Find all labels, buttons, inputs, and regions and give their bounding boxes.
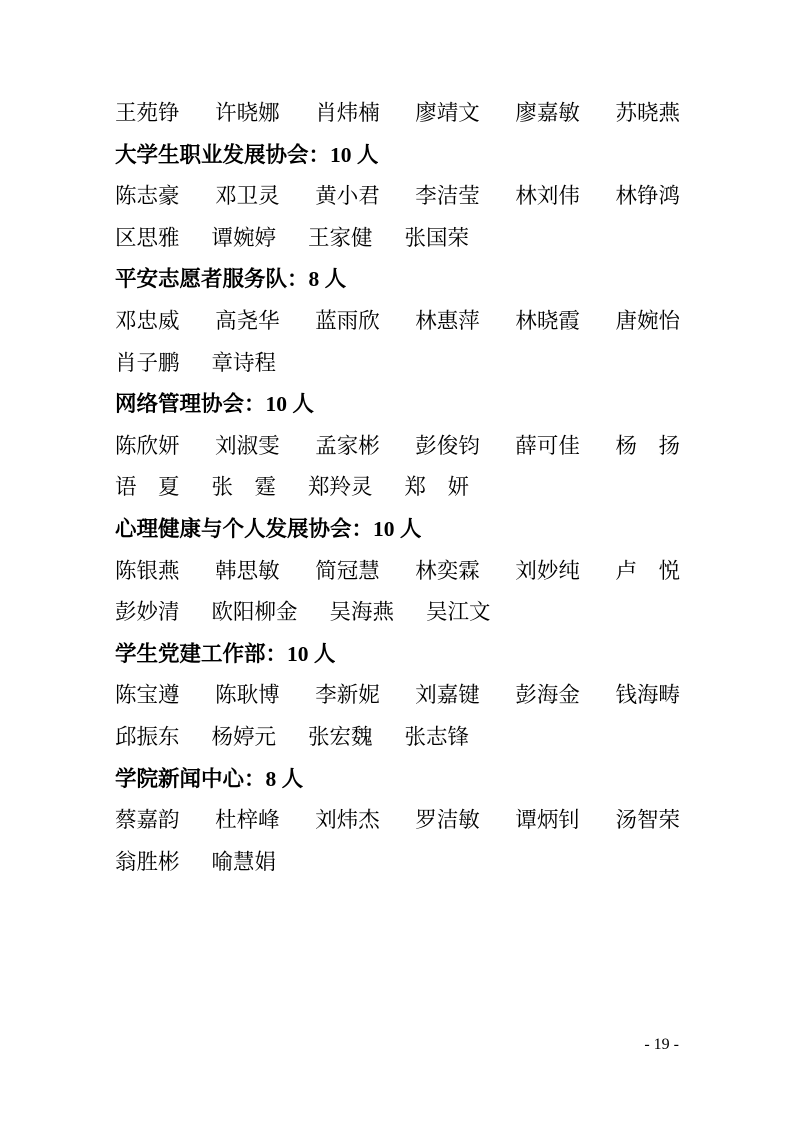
person-name: 语 夏 bbox=[115, 467, 180, 509]
person-name: 张国荣 bbox=[405, 218, 470, 260]
person-name: 廖嘉敏 bbox=[515, 93, 580, 135]
person-name: 李洁莹 bbox=[415, 176, 480, 218]
names-line: 陈银燕韩思敏简冠慧林奕霖刘妙纯卢 悦 bbox=[115, 551, 680, 593]
person-name: 李新妮 bbox=[315, 675, 380, 717]
person-name: 唐婉怡 bbox=[615, 301, 680, 343]
names-line: 区思雅谭婉婷王家健张国荣 bbox=[115, 218, 680, 260]
person-name: 杜梓峰 bbox=[215, 800, 280, 842]
person-name: 林铮鸿 bbox=[615, 176, 680, 218]
person-name: 郑 妍 bbox=[405, 467, 470, 509]
person-name: 钱海畴 bbox=[615, 675, 680, 717]
person-name: 喻慧娟 bbox=[212, 842, 277, 884]
person-name: 蔡嘉韵 bbox=[115, 800, 180, 842]
person-name: 陈宝遵 bbox=[115, 675, 180, 717]
names-line: 邓忠威高尧华蓝雨欣林惠萍林晓霞唐婉怡 bbox=[115, 301, 680, 343]
person-name: 孟家彬 bbox=[315, 426, 380, 468]
page-number: - 19 - bbox=[644, 1034, 679, 1056]
person-name: 韩思敏 bbox=[215, 551, 280, 593]
person-name: 林奕霖 bbox=[415, 551, 480, 593]
person-name: 翁胜彬 bbox=[115, 842, 180, 884]
person-name: 张宏魏 bbox=[308, 717, 373, 759]
person-name: 林晓霞 bbox=[515, 301, 580, 343]
section-heading: 心理健康与个人发展协会：10 人 bbox=[115, 509, 680, 551]
person-name: 彭海金 bbox=[515, 675, 580, 717]
person-name: 薛可佳 bbox=[515, 426, 580, 468]
person-name: 高尧华 bbox=[215, 301, 280, 343]
person-name: 刘淑雯 bbox=[215, 426, 280, 468]
person-name: 吴江文 bbox=[426, 592, 491, 634]
person-name: 陈志豪 bbox=[115, 176, 180, 218]
names-line: 陈志豪邓卫灵黄小君李洁莹林刘伟林铮鸿 bbox=[115, 176, 680, 218]
section-heading: 大学生职业发展协会：10 人 bbox=[115, 135, 680, 177]
person-name: 欧阳柳金 bbox=[212, 592, 298, 634]
person-name: 苏晓燕 bbox=[615, 93, 680, 135]
person-name: 邱振东 bbox=[115, 717, 180, 759]
person-name: 张志锋 bbox=[405, 717, 470, 759]
names-line: 陈宝遵陈耿博李新妮刘嘉键彭海金钱海畴 bbox=[115, 675, 680, 717]
document-page: 王苑铮许晓娜肖炜楠廖靖文廖嘉敏苏晓燕大学生职业发展协会：10 人陈志豪邓卫灵黄小… bbox=[0, 0, 793, 1122]
person-name: 蓝雨欣 bbox=[315, 301, 380, 343]
person-name: 肖子鹏 bbox=[115, 343, 180, 385]
section-heading: 网络管理协会：10 人 bbox=[115, 384, 680, 426]
person-name: 刘炜杰 bbox=[315, 800, 380, 842]
person-name: 张 霆 bbox=[212, 467, 277, 509]
person-name: 杨 扬 bbox=[615, 426, 680, 468]
person-name: 简冠慧 bbox=[315, 551, 380, 593]
person-name: 汤智荣 bbox=[615, 800, 680, 842]
names-line: 邱振东杨婷元张宏魏张志锋 bbox=[115, 717, 680, 759]
person-name: 邓卫灵 bbox=[215, 176, 280, 218]
person-name: 黄小君 bbox=[315, 176, 380, 218]
person-name: 廖靖文 bbox=[415, 93, 480, 135]
person-name: 陈耿博 bbox=[215, 675, 280, 717]
document-body: 王苑铮许晓娜肖炜楠廖靖文廖嘉敏苏晓燕大学生职业发展协会：10 人陈志豪邓卫灵黄小… bbox=[115, 93, 680, 883]
person-name: 邓忠威 bbox=[115, 301, 180, 343]
names-line: 翁胜彬喻慧娟 bbox=[115, 842, 680, 884]
person-name: 罗洁敏 bbox=[415, 800, 480, 842]
person-name: 章诗程 bbox=[212, 343, 277, 385]
person-name: 肖炜楠 bbox=[315, 93, 380, 135]
person-name: 谭婉婷 bbox=[212, 218, 277, 260]
person-name: 林惠萍 bbox=[415, 301, 480, 343]
section-heading: 学生党建工作部：10 人 bbox=[115, 634, 680, 676]
person-name: 吴海燕 bbox=[330, 592, 395, 634]
names-line: 肖子鹏章诗程 bbox=[115, 343, 680, 385]
person-name: 王苑铮 bbox=[115, 93, 180, 135]
person-name: 杨婷元 bbox=[212, 717, 277, 759]
names-line: 王苑铮许晓娜肖炜楠廖靖文廖嘉敏苏晓燕 bbox=[115, 93, 680, 135]
person-name: 郑羚灵 bbox=[308, 467, 373, 509]
person-name: 林刘伟 bbox=[515, 176, 580, 218]
names-line: 蔡嘉韵杜梓峰刘炜杰罗洁敏谭炳钊汤智荣 bbox=[115, 800, 680, 842]
person-name: 区思雅 bbox=[115, 218, 180, 260]
names-line: 彭妙清欧阳柳金吴海燕吴江文 bbox=[115, 592, 680, 634]
names-line: 语 夏张 霆郑羚灵郑 妍 bbox=[115, 467, 680, 509]
person-name: 卢 悦 bbox=[615, 551, 680, 593]
person-name: 刘嘉键 bbox=[415, 675, 480, 717]
person-name: 谭炳钊 bbox=[515, 800, 580, 842]
person-name: 彭妙清 bbox=[115, 592, 180, 634]
person-name: 陈欣妍 bbox=[115, 426, 180, 468]
names-line: 陈欣妍刘淑雯孟家彬彭俊钧薛可佳杨 扬 bbox=[115, 426, 680, 468]
section-heading: 平安志愿者服务队：8 人 bbox=[115, 259, 680, 301]
person-name: 王家健 bbox=[308, 218, 373, 260]
person-name: 刘妙纯 bbox=[515, 551, 580, 593]
person-name: 陈银燕 bbox=[115, 551, 180, 593]
section-heading: 学院新闻中心：8 人 bbox=[115, 759, 680, 801]
person-name: 彭俊钧 bbox=[415, 426, 480, 468]
person-name: 许晓娜 bbox=[215, 93, 280, 135]
